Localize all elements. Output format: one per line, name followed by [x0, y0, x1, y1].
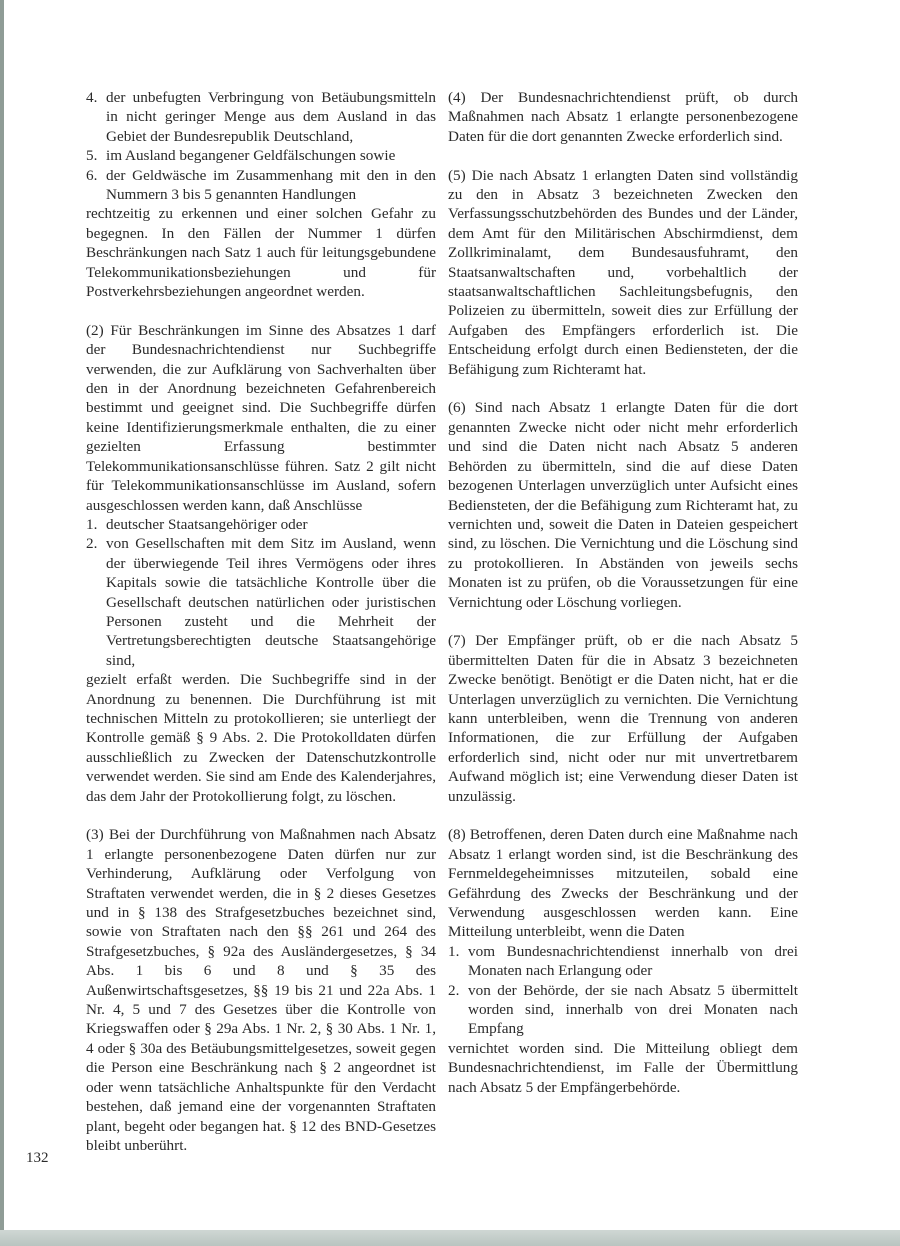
- paragraph-8-list: 1.vom Bundesnachrichtendienst innerhalb …: [448, 942, 798, 1039]
- paragraph-8: (8) Betroffenen, deren Daten durch eine …: [448, 825, 798, 941]
- paragraph-2-tail: gezielt erfaßt werden. Die Suchbegriffe …: [86, 670, 436, 806]
- paragraph-5: (5) Die nach Absatz 1 erlangten Daten si…: [448, 166, 798, 379]
- intro-list: 4.der unbefugten Verbringung von Betäubu…: [86, 88, 436, 204]
- right-column: (4) Der Bundesnachrichtendienst prüft, o…: [448, 88, 798, 1116]
- paragraph-6: (6) Sind nach Absatz 1 erlangte Daten fü…: [448, 398, 798, 611]
- page-number: 132: [26, 1150, 49, 1167]
- paragraph-2-list: 1.deutscher Staatsangehöriger oder 2.von…: [86, 515, 436, 670]
- paragraph-2: (2) Für Beschränkungen im Sinne des Absa…: [86, 321, 436, 515]
- intro-tail-paragraph: rechtzeitig zu erkennen und einer solche…: [86, 204, 436, 301]
- paragraph-8-tail: vernichtet worden sind. Die Mitteilung o…: [448, 1039, 798, 1097]
- list-item: 2.von Gesellschaften mit dem Sitz im Aus…: [86, 534, 436, 670]
- paragraph-7: (7) Der Empfänger prüft, ob er die nach …: [448, 631, 798, 806]
- list-item: 5.im Ausland begangener Geldfälschungen …: [86, 146, 436, 165]
- paragraph-4: (4) Der Bundesnachrichtendienst prüft, o…: [448, 88, 798, 146]
- page-edge-bottom: [0, 1230, 900, 1246]
- list-item: 6.der Geldwäsche im Zusammenhang mit den…: [86, 166, 436, 205]
- left-column: 4.der unbefugten Verbringung von Betäubu…: [86, 88, 436, 1175]
- document-page: 4.der unbefugten Verbringung von Betäubu…: [4, 0, 900, 1230]
- list-item: 1.deutscher Staatsangehöriger oder: [86, 515, 436, 534]
- list-item: 1.vom Bundesnachrichtendienst innerhalb …: [448, 942, 798, 981]
- list-item: 2.von der Behörde, der sie nach Absatz 5…: [448, 981, 798, 1039]
- paragraph-3: (3) Bei der Durchführung von Maßnahmen n…: [86, 825, 436, 1155]
- list-item: 4.der unbefugten Verbringung von Betäubu…: [86, 88, 436, 146]
